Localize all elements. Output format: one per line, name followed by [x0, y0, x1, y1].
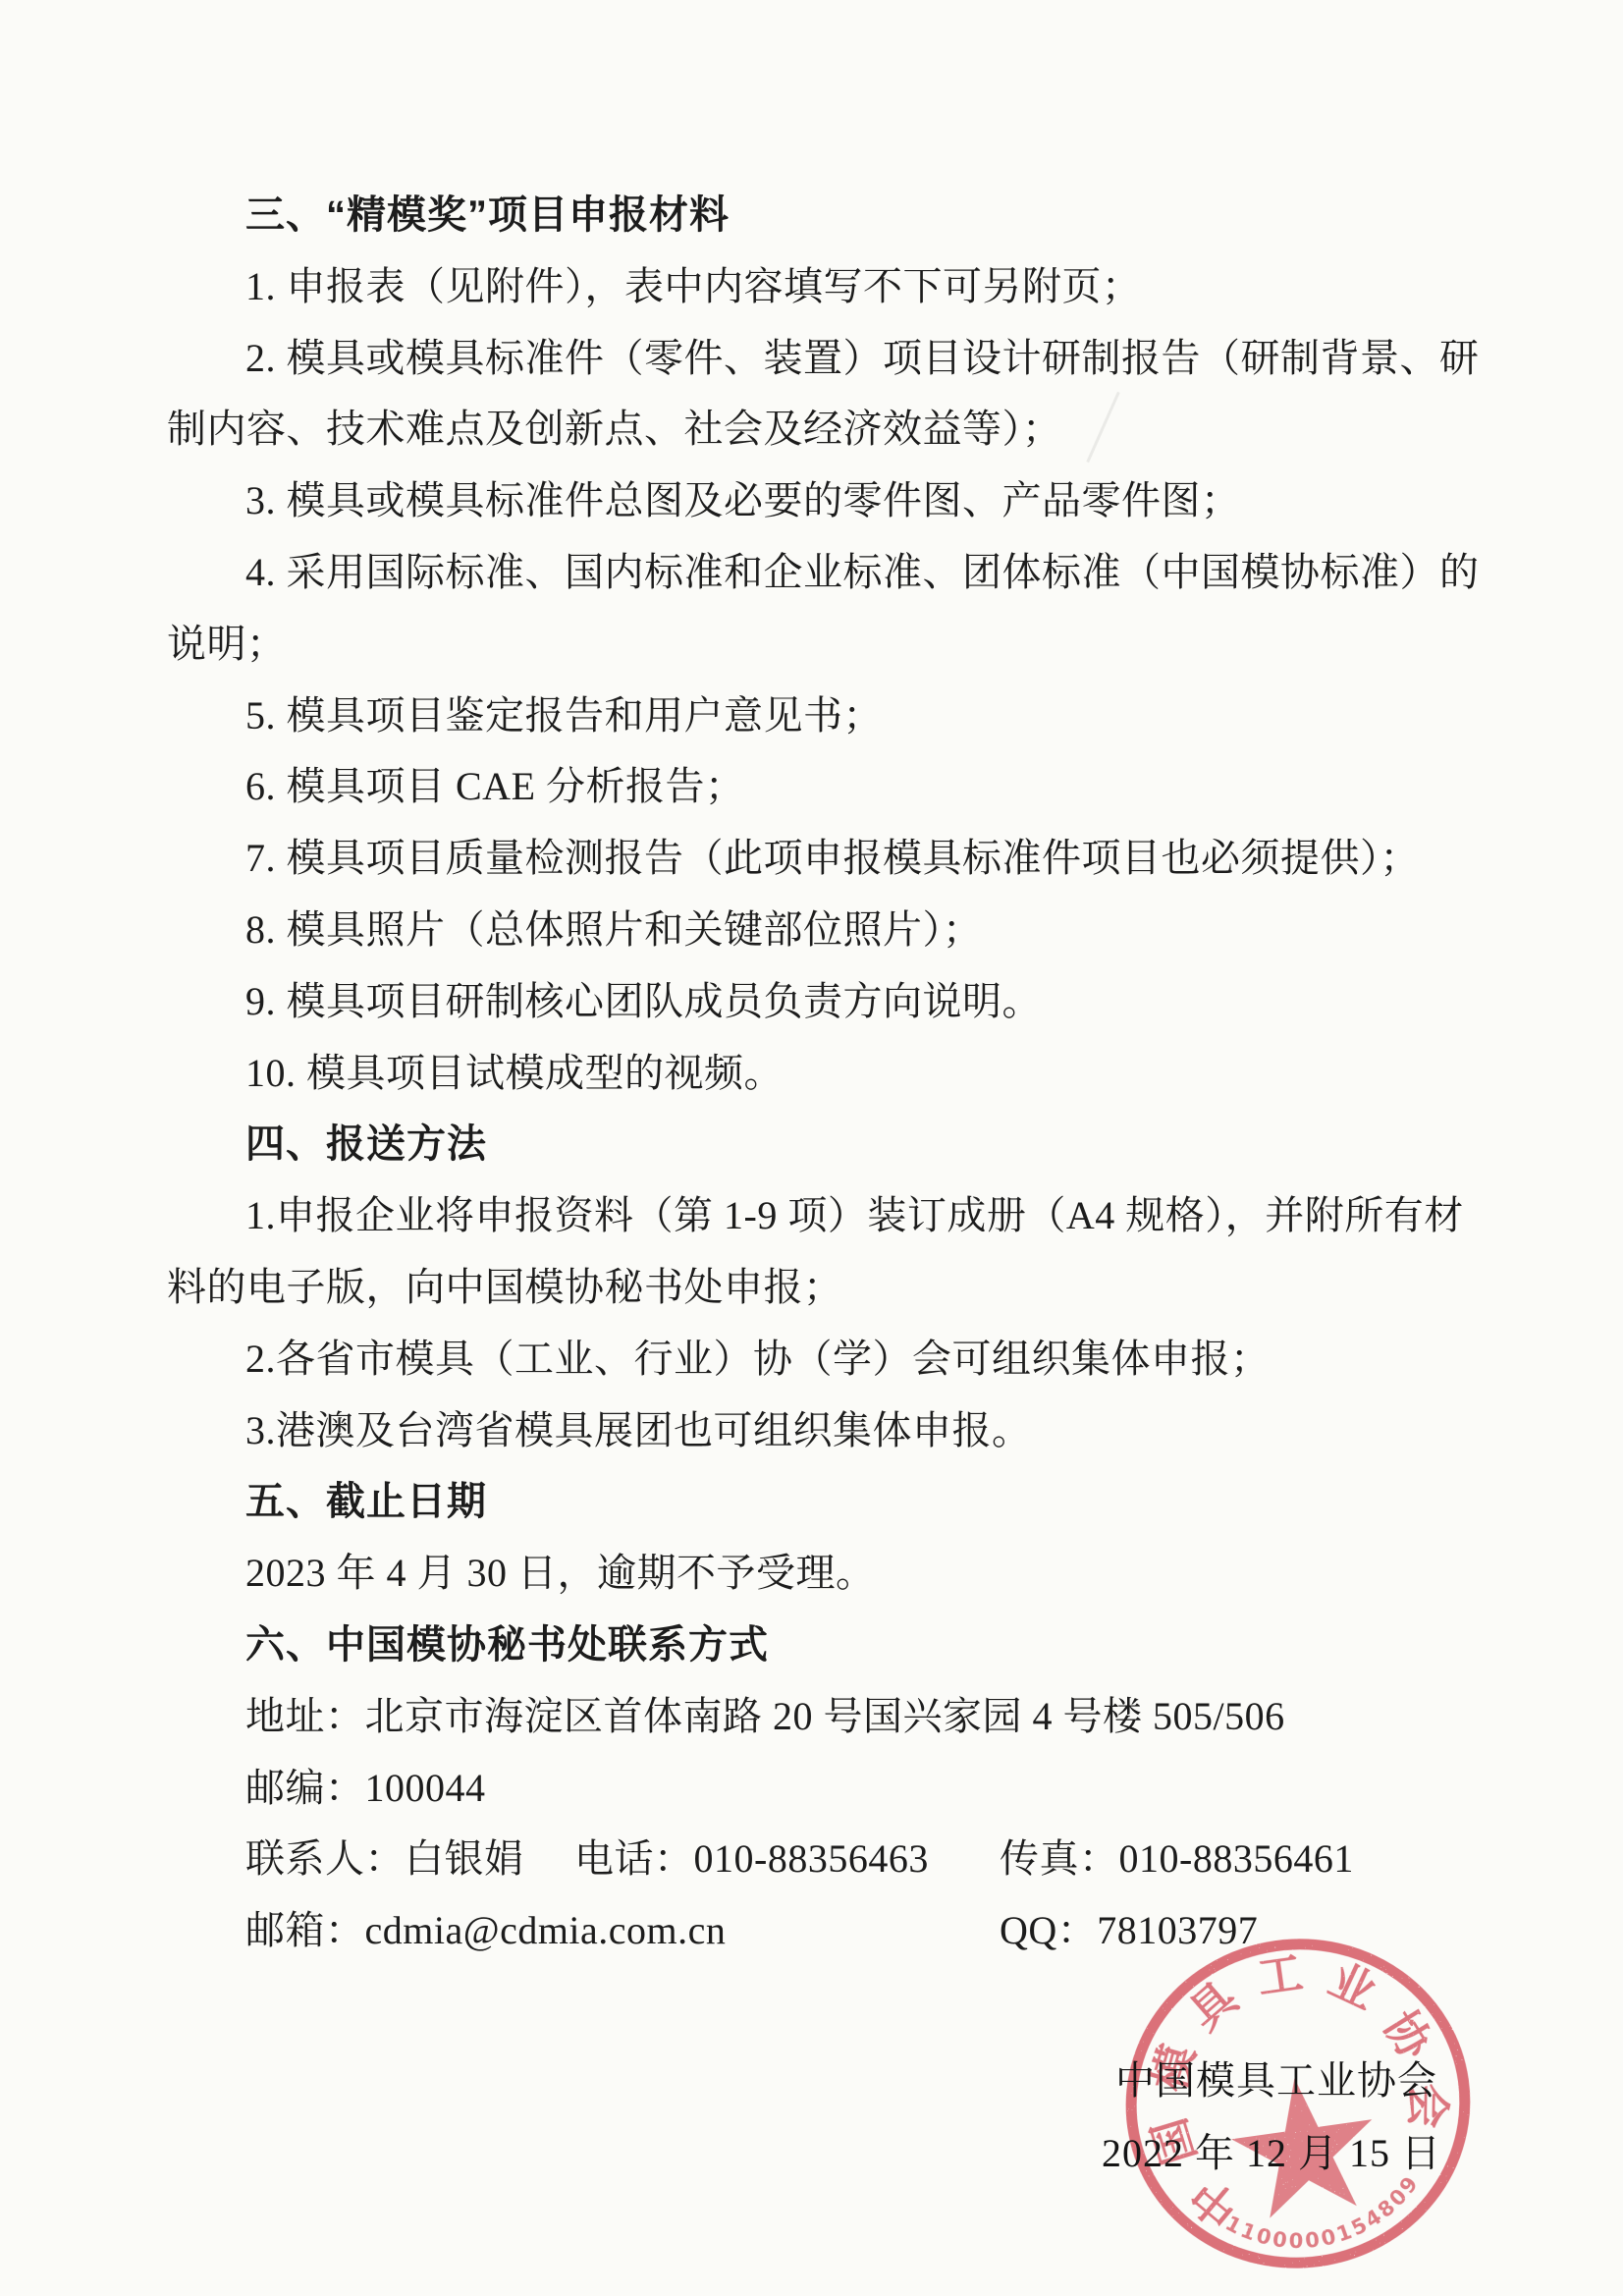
scanned-document-page: 三、“精模奖”项目申报材料 1. 申报表（见附件），表中内容填写不下可另附页； … — [0, 0, 1623, 2296]
svg-text:0: 0 — [1271, 2227, 1289, 2253]
heading-contact-info: 六、中国模协秘书处联系方式 — [245, 1622, 769, 1667]
svg-text:工: 工 — [1254, 1947, 1306, 2003]
heading-deadline: 五、截止日期 — [245, 1479, 487, 1524]
submission-item-3: 3.港澳及台湾省模具展团也可组织集体申报。 — [245, 1408, 1032, 1453]
materials-item-10: 10. 模具项目试模成型的视频。 — [245, 1051, 784, 1096]
materials-item-6: 6. 模具项目 CAE 分析报告； — [245, 764, 745, 809]
materials-item-2: 2. 模具或模具标准件（零件、装置）项目设计研制报告（研制背景、研 — [245, 336, 1480, 381]
heading-submission-method: 四、报送方法 — [245, 1121, 487, 1167]
materials-item-4: 4. 采用国际标准、国内标准和企业标准、团体标准（中国模协标准）的 — [245, 550, 1480, 595]
heading-application-materials: 三、“精模奖”项目申报材料 — [245, 192, 730, 238]
materials-item-1: 1. 申报表（见附件），表中内容填写不下可另附页； — [245, 264, 1142, 309]
submission-item-1: 1.申报企业将申报资料（第 1-9 项）装订成册（A4 规格），并附所有材 — [245, 1193, 1464, 1238]
contact-postcode: 邮编：100044 — [245, 1766, 486, 1811]
contact-email: 邮箱：cdmia@cdmia.com.cn — [245, 1908, 726, 1953]
contact-address: 地址：北京市海淀区首体南路 20 号国兴家园 4 号楼 505/506 — [245, 1694, 1285, 1739]
materials-item-4-cont: 说明； — [167, 622, 287, 667]
official-seal: 中国模具工业协会 1100000154809 — [1104, 1917, 1492, 2296]
scan-artifact — [1086, 392, 1119, 463]
contact-fax: 传真：010-88356461 — [1000, 1836, 1354, 1882]
contact-phone: 电话：010-88356463 — [574, 1836, 929, 1882]
signature-date: 2022 年 12 月 15 日 — [1102, 2131, 1441, 2176]
materials-item-9: 9. 模具项目研制核心团队成员负责方向说明。 — [245, 979, 1042, 1024]
deadline-text: 2023 年 4 月 30 日，逾期不予受理。 — [245, 1551, 876, 1596]
svg-text:0: 0 — [1289, 2229, 1304, 2253]
signature-organization: 中国模具工业协会 — [1115, 2058, 1437, 2104]
materials-item-2-cont: 制内容、技术难点及创新点、社会及经济效益等）； — [167, 407, 1062, 452]
materials-item-5: 5. 模具项目鉴定报告和用户意见书； — [245, 693, 883, 738]
submission-item-2: 2.各省市模具（工业、行业）协（学）会可组织集体申报； — [245, 1337, 1271, 1382]
submission-item-1-cont: 料的电子版，向中国模协秘书处申报； — [167, 1265, 843, 1310]
svg-text:0: 0 — [1304, 2228, 1321, 2253]
materials-item-8: 8. 模具照片（总体照片和关键部位照片）； — [245, 907, 983, 953]
materials-item-7: 7. 模具项目质量检测报告（此项申报模具标准件项目也必须提供）； — [245, 836, 1420, 881]
materials-item-3: 3. 模具或模具标准件总图及必要的零件图、产品零件图； — [245, 478, 1241, 523]
contact-person: 联系人：白银娟 — [245, 1836, 524, 1882]
